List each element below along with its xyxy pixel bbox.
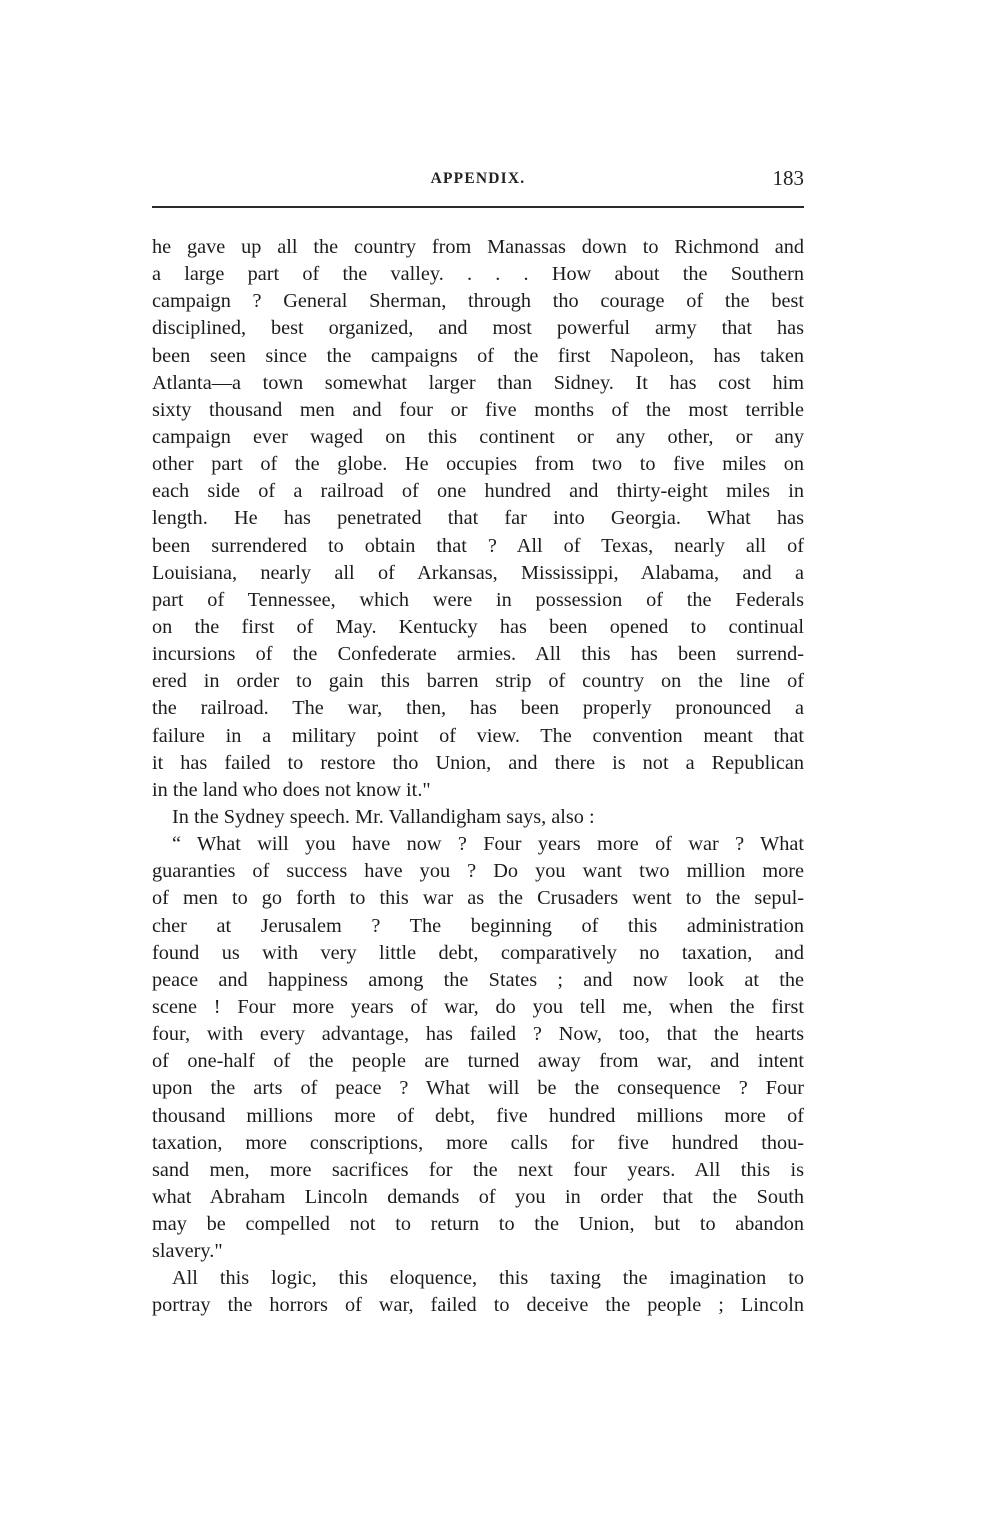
- text-line: sixty thousand men and four or five mont…: [152, 397, 804, 424]
- text-line: failure in a military point of view. The…: [152, 723, 804, 750]
- paragraph: In the Sydney speech. Mr. Vallandigham s…: [152, 804, 804, 831]
- text-line: disciplined, best organized, and most po…: [152, 315, 804, 342]
- text-line: of men to go forth to this war as the Cr…: [152, 885, 804, 912]
- text-line: found us with very little debt, comparat…: [152, 940, 804, 967]
- paragraph: “ What will you have now ? Four years mo…: [152, 831, 804, 1265]
- text-line: been seen since the campaigns of the fir…: [152, 343, 804, 370]
- text-line: upon the arts of peace ? What will be th…: [152, 1075, 804, 1102]
- text-line: other part of the globe. He occupies fro…: [152, 451, 804, 478]
- text-line: Louisiana, nearly all of Arkansas, Missi…: [152, 560, 804, 587]
- book-page: APPENDIX. 183 he gave up all the country…: [152, 168, 804, 1320]
- text-line: scene ! Four more years of war, do you t…: [152, 994, 804, 1021]
- text-line: each side of a railroad of one hundred a…: [152, 478, 804, 505]
- text-line: guaranties of success have you ? Do you …: [152, 858, 804, 885]
- text-line: cher at Jerusalem ? The beginning of thi…: [152, 913, 804, 940]
- page-number: 183: [773, 166, 805, 191]
- text-line: In the Sydney speech. Mr. Vallandigham s…: [152, 804, 804, 831]
- text-line: four, with every advantage, has failed ?…: [152, 1021, 804, 1048]
- body-text: he gave up all the country from Manassas…: [152, 234, 804, 1320]
- text-line: peace and happiness among the States ; a…: [152, 967, 804, 994]
- text-line: of one-half of the people are turned awa…: [152, 1048, 804, 1075]
- text-line: the railroad. The war, then, has been pr…: [152, 695, 804, 722]
- text-line: been surrendered to obtain that ? All of…: [152, 533, 804, 560]
- text-line: part of Tennessee, which were in possess…: [152, 587, 804, 614]
- text-line: “ What will you have now ? Four years mo…: [152, 831, 804, 858]
- text-line: slavery.": [152, 1238, 804, 1265]
- paragraph: he gave up all the country from Manassas…: [152, 234, 804, 804]
- text-line: thousand millions more of debt, five hun…: [152, 1103, 804, 1130]
- text-line: campaign ever waged on this continent or…: [152, 424, 804, 451]
- header-rule: [152, 206, 804, 208]
- text-line: may be compelled not to return to the Un…: [152, 1211, 804, 1238]
- text-line: Atlanta—a town somewhat larger than Sidn…: [152, 370, 804, 397]
- text-line: a large part of the valley. . . . How ab…: [152, 261, 804, 288]
- running-header: APPENDIX. 183: [152, 168, 804, 198]
- text-line: what Abraham Lincoln demands of you in o…: [152, 1184, 804, 1211]
- text-line: he gave up all the country from Manassas…: [152, 234, 804, 261]
- paragraph: All this logic, this eloquence, this tax…: [152, 1265, 804, 1319]
- text-line: sand men, more sacrifices for the next f…: [152, 1157, 804, 1184]
- text-line: All this logic, this eloquence, this tax…: [152, 1265, 804, 1292]
- text-line: ered in order to gain this barren strip …: [152, 668, 804, 695]
- text-line: on the first of May. Kentucky has been o…: [152, 614, 804, 641]
- running-title: APPENDIX.: [152, 170, 804, 188]
- text-line: incursions of the Confederate armies. Al…: [152, 641, 804, 668]
- text-line: portray the horrors of war, failed to de…: [152, 1292, 804, 1319]
- text-line: campaign ? General Sherman, through tho …: [152, 288, 804, 315]
- text-line: taxation, more conscriptions, more calls…: [152, 1130, 804, 1157]
- text-line: in the land who does not know it.": [152, 777, 804, 804]
- text-line: it has failed to restore tho Union, and …: [152, 750, 804, 777]
- text-line: length. He has penetrated that far into …: [152, 505, 804, 532]
